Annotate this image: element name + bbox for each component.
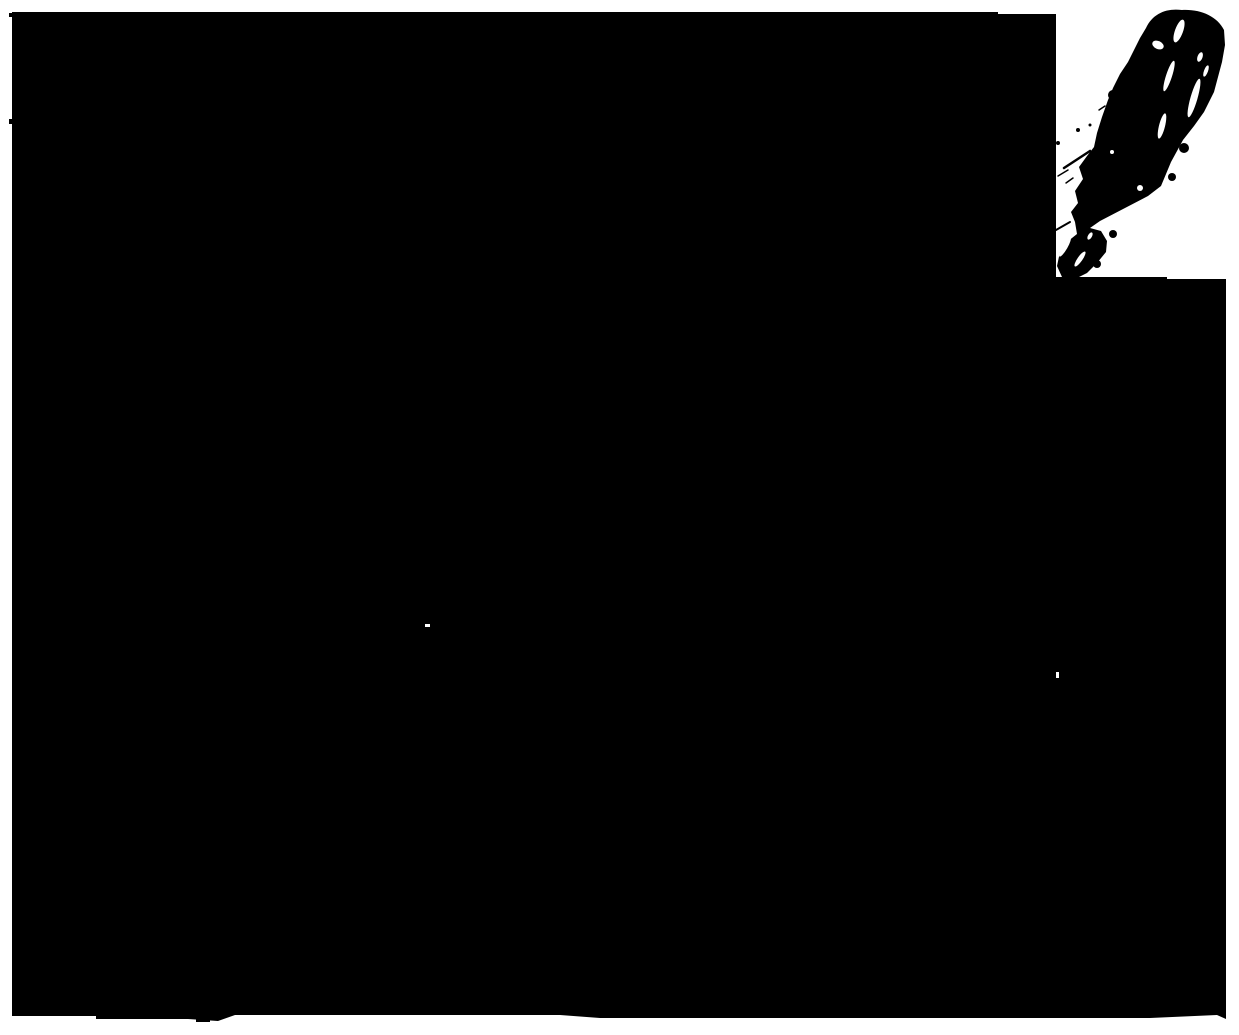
binarized-photo-svg xyxy=(0,0,1239,1035)
dust-speck xyxy=(1093,260,1101,268)
edge-artifact xyxy=(9,119,13,124)
dust-speck xyxy=(1056,141,1060,145)
pinhole-speck xyxy=(1056,672,1059,678)
dust-speck xyxy=(1108,90,1118,100)
dust-speck xyxy=(1089,124,1092,127)
dust-speck xyxy=(1168,173,1176,181)
bottle-highlight xyxy=(1137,185,1143,191)
dark-region-group xyxy=(12,12,1226,1021)
figure-canvas xyxy=(0,0,1239,1035)
pinhole-speck xyxy=(425,624,430,627)
bottle-highlight xyxy=(1110,150,1114,154)
dust-speck xyxy=(1179,143,1189,153)
edge-artifact xyxy=(196,1018,210,1022)
dust-speck xyxy=(1076,128,1080,132)
dark-region xyxy=(12,12,1226,1021)
dust-speck xyxy=(1109,230,1117,238)
edge-artifact xyxy=(9,13,13,17)
